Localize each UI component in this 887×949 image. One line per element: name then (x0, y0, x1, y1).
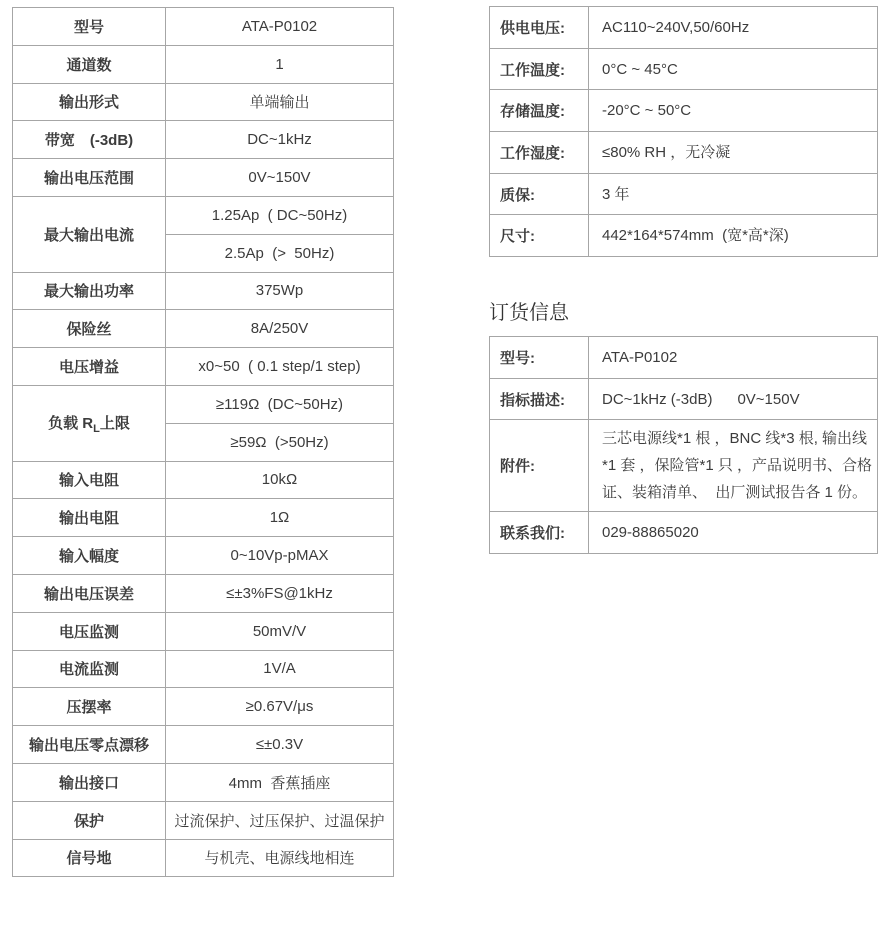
table-row: 存储温度:-20°C ~ 50°C (490, 90, 878, 132)
table-row: 保险丝8A/250V (13, 310, 394, 348)
table-row: 输出电阻1Ω (13, 499, 394, 537)
environment-table: 供电电压:AC110~240V,50/60Hz工作温度:0°C ~ 45°C存储… (489, 6, 878, 257)
table-row: 型号ATA-P0102 (13, 8, 394, 46)
table-row: 联系我们:029-88865020 (490, 512, 878, 554)
table-row: 输出电压零点漂移≤±0.3V (13, 726, 394, 764)
spec-value: ≤±3%FS@1kHz (166, 574, 394, 612)
spec-label: 型号: (490, 337, 589, 379)
spec-label: 型号 (13, 8, 166, 46)
spec-label: 输出电压零点漂移 (13, 726, 166, 764)
spec-label: 通道数 (13, 45, 166, 83)
spec-value: ≤±0.3V (166, 726, 394, 764)
spec-value: 单端输出 (166, 83, 394, 121)
spec-value: 1V/A (166, 650, 394, 688)
table-row: 通道数1 (13, 45, 394, 83)
spec-value: 3 年 (589, 173, 878, 215)
spec-value: 与机壳、电源线地相连 (166, 839, 394, 877)
spec-label: 输出接口 (13, 763, 166, 801)
table-row: 最大输出电流1.25Ap ( DC~50Hz) (13, 196, 394, 234)
spec-label-part: L (93, 423, 100, 435)
table-row: 输入幅度0~10Vp-pMAX (13, 537, 394, 575)
spec-label: 最大输出功率 (13, 272, 166, 310)
table-row: 输出接口4mm 香蕉插座 (13, 763, 394, 801)
spec-label: 负载 RL上限 (13, 385, 166, 461)
table-row: 指标描述:DC~1kHz (-3dB) 0V~150V (490, 378, 878, 420)
spec-label: 保护 (13, 801, 166, 839)
spec-value: -20°C ~ 50°C (589, 90, 878, 132)
table-row: 型号:ATA-P0102 (490, 337, 878, 379)
spec-label: 电压监测 (13, 612, 166, 650)
spec-value: 029-88865020 (589, 512, 878, 554)
spec-label: 附件: (490, 420, 589, 512)
spec-value: 50mV/V (166, 612, 394, 650)
table-row: 输出形式单端输出 (13, 83, 394, 121)
spec-value: ≥59Ω (>50Hz) (166, 423, 394, 461)
spec-label: 输出电压范围 (13, 159, 166, 197)
spec-value: 4mm 香蕉插座 (166, 763, 394, 801)
table-row: 输入电阻10kΩ (13, 461, 394, 499)
spec-value: 0V~150V (166, 159, 394, 197)
spec-value: 1Ω (166, 499, 394, 537)
order-info-table: 型号:ATA-P0102指标描述:DC~1kHz (-3dB) 0V~150V附… (489, 336, 878, 554)
spec-label: 带宽 (-3dB) (13, 121, 166, 159)
spec-value: ≤80% RH ，无冷凝 (589, 132, 878, 174)
spec-label: 尺寸: (490, 215, 589, 257)
spec-value: 三芯电源线*1 根 ，BNC 线*3 根, 输出线*1 套 ，保险管*1 只 ，… (589, 420, 878, 512)
spec-value: 2.5Ap (> 50Hz) (166, 234, 394, 272)
spec-value: DC~1kHz (-3dB) 0V~150V (589, 378, 878, 420)
table-row: 质保:3 年 (490, 173, 878, 215)
spec-value: ≥0.67V/μs (166, 688, 394, 726)
table-row: 电压监测50mV/V (13, 612, 394, 650)
spec-label: 电压增益 (13, 348, 166, 386)
table-row: 保护过流保护、过压保护、过温保护 (13, 801, 394, 839)
spec-label: 输出电压误差 (13, 574, 166, 612)
spec-value: ≥119Ω (DC~50Hz) (166, 385, 394, 423)
spec-label: 输出形式 (13, 83, 166, 121)
table-row: 电压增益x0~50 ( 0.1 step/1 step) (13, 348, 394, 386)
spec-value: 0~10Vp-pMAX (166, 537, 394, 575)
spec-table: 型号ATA-P0102通道数1输出形式单端输出带宽 (-3dB)DC~1kHz输… (12, 7, 394, 877)
table-row: 工作湿度:≤80% RH ，无冷凝 (490, 132, 878, 174)
spec-label: 保险丝 (13, 310, 166, 348)
spec-value: AC110~240V,50/60Hz (589, 7, 878, 49)
spec-value: 10kΩ (166, 461, 394, 499)
table-row: 尺寸:442*164*574mm (宽*高*深) (490, 215, 878, 257)
spec-label: 存储温度: (490, 90, 589, 132)
table-row: 带宽 (-3dB)DC~1kHz (13, 121, 394, 159)
table-row: 输出电压范围0V~150V (13, 159, 394, 197)
spec-value: 8A/250V (166, 310, 394, 348)
spec-label: 输入电阻 (13, 461, 166, 499)
table-row: 压摆率≥0.67V/μs (13, 688, 394, 726)
table-row: 负载 RL上限≥119Ω (DC~50Hz) (13, 385, 394, 423)
spec-value: DC~1kHz (166, 121, 394, 159)
table-row: 电流监测1V/A (13, 650, 394, 688)
spec-label: 质保: (490, 173, 589, 215)
spec-label: 联系我们: (490, 512, 589, 554)
spec-label: 压摆率 (13, 688, 166, 726)
spec-value: 375Wp (166, 272, 394, 310)
spec-label: 电流监测 (13, 650, 166, 688)
table-row: 信号地与机壳、电源线地相连 (13, 839, 394, 877)
spec-label: 输入幅度 (13, 537, 166, 575)
spec-value: 1 (166, 45, 394, 83)
spec-value: 1.25Ap ( DC~50Hz) (166, 196, 394, 234)
table-row: 最大输出功率375Wp (13, 272, 394, 310)
spec-value: ATA-P0102 (589, 337, 878, 379)
spec-label: 工作湿度: (490, 132, 589, 174)
table-row: 输出电压误差≤±3%FS@1kHz (13, 574, 394, 612)
spec-label: 供电电压: (490, 7, 589, 49)
spec-value: ATA-P0102 (166, 8, 394, 46)
spec-label: 最大输出电流 (13, 196, 166, 272)
page: { "page": { "background": "#ffffff", "te… (0, 0, 887, 949)
order-info-heading: 订货信息 (489, 296, 569, 325)
spec-value: 0°C ~ 45°C (589, 48, 878, 90)
table-row: 附件:三芯电源线*1 根 ，BNC 线*3 根, 输出线*1 套 ，保险管*1 … (490, 420, 878, 512)
spec-value: x0~50 ( 0.1 step/1 step) (166, 348, 394, 386)
spec-value: 442*164*574mm (宽*高*深) (589, 215, 878, 257)
spec-label: 信号地 (13, 839, 166, 877)
spec-label: 指标描述: (490, 378, 589, 420)
spec-label-part: 上限 (100, 415, 130, 432)
spec-label: 工作温度: (490, 48, 589, 90)
table-row: 供电电压:AC110~240V,50/60Hz (490, 7, 878, 49)
table-row: 工作温度:0°C ~ 45°C (490, 48, 878, 90)
spec-label: 输出电阻 (13, 499, 166, 537)
spec-label-part: 负载 R (48, 415, 93, 432)
spec-value: 过流保护、过压保护、过温保护 (166, 801, 394, 839)
